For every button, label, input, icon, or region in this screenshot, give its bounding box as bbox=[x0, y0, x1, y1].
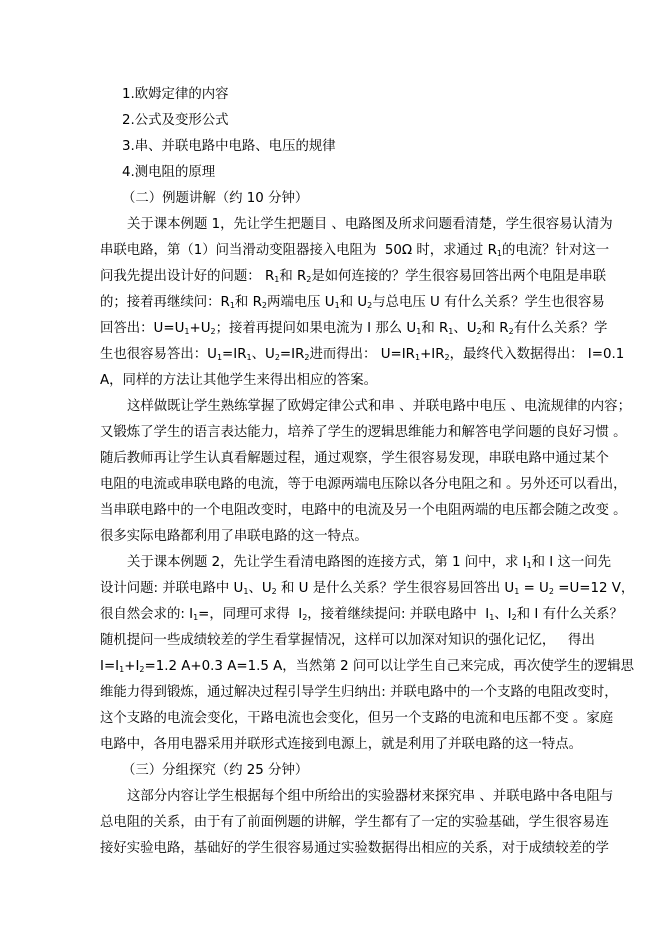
section-heading-group-inquiry: （三）分组探究（约 25 分钟） bbox=[100, 758, 560, 784]
paragraph-line-text: ，接着继续提问: 并联电路中 I bbox=[307, 607, 489, 622]
paragraph-line-text: 电阻的电流或串联电路的电流，等于电源两端电压除以各分电阻之和 。另外还可以看出， bbox=[100, 477, 627, 492]
document-page: 1.欧姆定律的内容 2.公式及变形公式 3.串、并联电路中电路、电压的规律 4.… bbox=[100, 82, 560, 862]
paragraph-line: 随后教师再让学生认真看解题过程，通过观察，学生很容易发现，串联电路中通过某个 bbox=[100, 446, 560, 472]
paragraph-line-text: 这部分内容让学生根据每个组中所给出的实验器材来探究串 、并联电路中各电阻与 bbox=[127, 789, 613, 804]
paragraph-line-text: 关于课本例题 2，先让学生看清电路图的连接方式，第 1 问中，求 I bbox=[127, 555, 527, 570]
paragraph-line-text: 和 U bbox=[340, 295, 367, 310]
paragraph-line-text: 和 R bbox=[482, 321, 509, 336]
paragraph-line: 的；接着再继续问：R1和 R2两端电压 U1和 U2与总电压 U 有什么关系？学… bbox=[100, 290, 560, 316]
section-heading-text: （二）例题讲解（约 10 分钟） bbox=[122, 191, 308, 206]
paragraph-example-1: 关于课本例题 1，先让学生把题目 、电路图及所求问题看清楚，学生很容易认清为串联… bbox=[100, 212, 560, 394]
paragraph-line-text: 进而得出： U=IR bbox=[309, 347, 414, 362]
review-item-text: 4.测电阻的原理 bbox=[122, 165, 215, 180]
paragraph-line: 问我先提出设计好的问题： R1和 R2是如何连接的？学生很容易回答出两个电阻是串… bbox=[100, 264, 560, 290]
paragraph-line-text: 的电流？针对这一 bbox=[502, 243, 609, 258]
paragraph-line: 电阻的电流或串联电路的电流，等于电源两端电压除以各分电阻之和 。另外还可以看出， bbox=[100, 472, 560, 498]
review-item-text: 1.欧姆定律的内容 bbox=[122, 87, 229, 102]
section-heading-text: （三）分组探究（约 25 分钟） bbox=[122, 763, 308, 778]
paragraph-line: 这部分内容让学生根据每个组中所给出的实验器材来探究串 、并联电路中各电阻与 bbox=[100, 784, 560, 810]
paragraph-line-text: 又锻炼了学生的语言表达能力，培养了学生的逻辑思维能力和解答电学问题的良好习惯 。 bbox=[100, 425, 627, 440]
paragraph-line-text: 当串联电路中的一个电阻改变时，电路中的电流及另一个电阻两端的电压都会随之改变 。 bbox=[100, 503, 627, 518]
paragraph-line-text: 串联电路，第（1）问当滑动变阻器接入电阻为 50Ω 时，求通过 R bbox=[100, 243, 497, 258]
paragraph-line-text: =U=12 V， bbox=[554, 581, 634, 596]
paragraph-line-text: 和 U 是什么关系？学生很容易回答出 U bbox=[277, 581, 515, 596]
paragraph-line: 又锻炼了学生的语言表达能力，培养了学生的逻辑思维能力和解答电学问题的良好习惯 。 bbox=[100, 420, 560, 446]
paragraph-line-text: 问我先提出设计好的问题： R bbox=[100, 269, 274, 284]
paragraph-line-text: 这样做既让学生熟练掌握了欧姆定律公式和串 、并联电路中电压 、电流规律的内容； bbox=[127, 399, 631, 414]
review-item: 3.串、并联电路中电路、电压的规律 bbox=[100, 134, 560, 160]
review-item: 2.公式及变形公式 bbox=[100, 108, 560, 134]
paragraph-summary-1: 这样做既让学生熟练掌握了欧姆定律公式和串 、并联电路中电压 、电流规律的内容； … bbox=[100, 394, 560, 550]
paragraph-line-text: 很自然会求的: I bbox=[100, 607, 193, 622]
paragraph-line: 当串联电路中的一个电阻改变时，电路中的电流及另一个电阻两端的电压都会随之改变 。 bbox=[100, 498, 560, 524]
section-heading-example: （二）例题讲解（约 10 分钟） bbox=[100, 186, 560, 212]
paragraph-line-text: 随机提问一些成绩较差的学生看掌握情况，这样可以加深对知识的强化记忆， 得出 bbox=[100, 633, 595, 648]
paragraph-line-text: =1.2 A+0.3 A=1.5 A，当然第 2 问可以让学生自己来完成，再次使… bbox=[144, 659, 634, 674]
review-list: 1.欧姆定律的内容 2.公式及变形公式 3.串、并联电路中电路、电压的规律 4.… bbox=[100, 82, 560, 186]
paragraph-line: 关于课本例题 1，先让学生把题目 、电路图及所求问题看清楚，学生很容易认清为 bbox=[100, 212, 560, 238]
paragraph-line-text: 接好实验电路，基础好的学生很容易通过实验数据得出相应的关系，对于成绩较差的学 bbox=[100, 841, 609, 856]
paragraph-line-text: 、I bbox=[494, 607, 511, 622]
paragraph-line-text: A，同样的方法让其他学生来得出相应的答案。 bbox=[100, 373, 377, 388]
paragraph-line-text: 很多实际电路都利用了串联电路的这一特点。 bbox=[100, 529, 368, 544]
paragraph-line-text: 和 R bbox=[279, 269, 306, 284]
review-item-text: 2.公式及变形公式 bbox=[122, 113, 229, 128]
review-item-text: 3.串、并联电路中电路、电压的规律 bbox=[122, 139, 336, 154]
paragraph-line-text: 是如何连接的？学生很容易回答出两个电阻是串联 bbox=[311, 269, 606, 284]
paragraph-line: 这个支路的电流会变化，干路电流也会变化，但另一个支路的电流和电压都不变 。家庭 bbox=[100, 706, 560, 732]
paragraph-line-text: =IR bbox=[280, 347, 304, 362]
paragraph-line: 回答出：U=U1+U2；接着再提问如果电流为 I 那么 U1和 R1、U2和 R… bbox=[100, 316, 560, 342]
paragraph-line-text: 、U bbox=[252, 347, 275, 362]
paragraph-line-text: +U bbox=[189, 321, 210, 336]
paragraph-line-text: 设计问题: 并联电路中 U bbox=[100, 581, 243, 596]
paragraph-line-text: 和 R bbox=[421, 321, 448, 336]
paragraph-line: 接好实验电路，基础好的学生很容易通过实验数据得出相应的关系，对于成绩较差的学 bbox=[100, 836, 560, 862]
paragraph-line-text: =IR bbox=[222, 347, 246, 362]
paragraph-line: 很多实际电路都利用了串联电路的这一特点。 bbox=[100, 524, 560, 550]
paragraph-line-text: 和 R bbox=[235, 295, 262, 310]
paragraph-line-text: 电路中，各用电器采用并联形式连接到电源上，就是利用了并联电路的这一特点。 bbox=[100, 737, 582, 752]
paragraph-example-2: 关于课本例题 2，先让学生看清电路图的连接方式，第 1 问中，求 I1和 I 这… bbox=[100, 550, 560, 758]
paragraph-line: 维能力得到锻炼，通过解决过程引导学生归纳出: 并联电路中的一个支路的电阻改变时， bbox=[100, 680, 560, 706]
paragraph-line-text: 的；接着再继续问：R bbox=[100, 295, 230, 310]
paragraph-line-text: 有什么关系？学 bbox=[514, 321, 608, 336]
paragraph-line-text: ，最终代入数据得出： I=0.1 bbox=[450, 347, 625, 362]
paragraph-line: 生也很容易答出：U1=IR1、U2=IR2进而得出： U=IR1+IR2，最终代… bbox=[100, 342, 560, 368]
paragraph-line: 关于课本例题 2，先让学生看清电路图的连接方式，第 1 问中，求 I1和 I 这… bbox=[100, 550, 560, 576]
paragraph-group-inquiry: 这部分内容让学生根据每个组中所给出的实验器材来探究串 、并联电路中各电阻与 总电… bbox=[100, 784, 560, 862]
paragraph-line: 随机提问一些成绩较差的学生看掌握情况，这样可以加深对知识的强化记忆， 得出 bbox=[100, 628, 560, 654]
paragraph-line-text: 关于课本例题 1，先让学生把题目 、电路图及所求问题看清楚，学生很容易认清为 bbox=[127, 217, 613, 232]
paragraph-line-text: I=I bbox=[100, 659, 119, 674]
paragraph-line: A，同样的方法让其他学生来得出相应的答案。 bbox=[100, 368, 560, 394]
paragraph-line: I=I1+I2=1.2 A+0.3 A=1.5 A，当然第 2 问可以让学生自己… bbox=[100, 654, 560, 680]
paragraph-line-text: =，同理可求得 I bbox=[198, 607, 302, 622]
paragraph-line-text: 、U bbox=[453, 321, 476, 336]
paragraph-line-text: 维能力得到锻炼，通过解决过程引导学生归纳出: 并联电路中的一个支路的电阻改变时， bbox=[100, 685, 618, 700]
paragraph-line: 总电阻的关系，由于有了前面例题的讲解，学生都有了一定的实验基础，学生很容易连 bbox=[100, 810, 560, 836]
paragraph-line: 串联电路，第（1）问当滑动变阻器接入电阻为 50Ω 时，求通过 R1的电流？针对… bbox=[100, 238, 560, 264]
paragraph-line: 这样做既让学生熟练掌握了欧姆定律公式和串 、并联电路中电压 、电流规律的内容； bbox=[100, 394, 560, 420]
paragraph-line-text: 生也很容易答出：U bbox=[100, 347, 217, 362]
paragraph-line-text: 和 I 这一问先 bbox=[532, 555, 611, 570]
paragraph-line: 电路中，各用电器采用并联形式连接到电源上，就是利用了并联电路的这一特点。 bbox=[100, 732, 560, 758]
paragraph-line: 很自然会求的: I1=，同理可求得 I2，接着继续提问: 并联电路中 I1、I2… bbox=[100, 602, 560, 628]
review-item: 4.测电阻的原理 bbox=[100, 160, 560, 186]
paragraph-line-text: 回答出：U=U bbox=[100, 321, 184, 336]
paragraph-line-text: 与总电压 U 有什么关系？学生也很容易 bbox=[372, 295, 605, 310]
paragraph-line-text: +I bbox=[124, 659, 139, 674]
paragraph-line-text: 这个支路的电流会变化，干路电流也会变化，但另一个支路的电流和电压都不变 。家庭 bbox=[100, 711, 613, 726]
paragraph-line-text: 两端电压 U bbox=[267, 295, 335, 310]
paragraph-line-text: 、U bbox=[248, 581, 271, 596]
review-item: 1.欧姆定律的内容 bbox=[100, 82, 560, 108]
paragraph-line-text: = U bbox=[519, 581, 549, 596]
paragraph-line-text: 随后教师再让学生认真看解题过程，通过观察，学生很容易发现，串联电路中通过某个 bbox=[100, 451, 609, 466]
paragraph-line: 设计问题: 并联电路中 U1、U2 和 U 是什么关系？学生很容易回答出 U1 … bbox=[100, 576, 560, 602]
paragraph-line-text: +IR bbox=[420, 347, 444, 362]
paragraph-line-text: 总电阻的关系，由于有了前面例题的讲解，学生都有了一定的实验基础，学生很容易连 bbox=[100, 815, 609, 830]
paragraph-line-text: ；接着再提问如果电流为 I 那么 U bbox=[216, 321, 417, 336]
paragraph-line-text: 和 I 有什么关系？ bbox=[517, 607, 623, 622]
